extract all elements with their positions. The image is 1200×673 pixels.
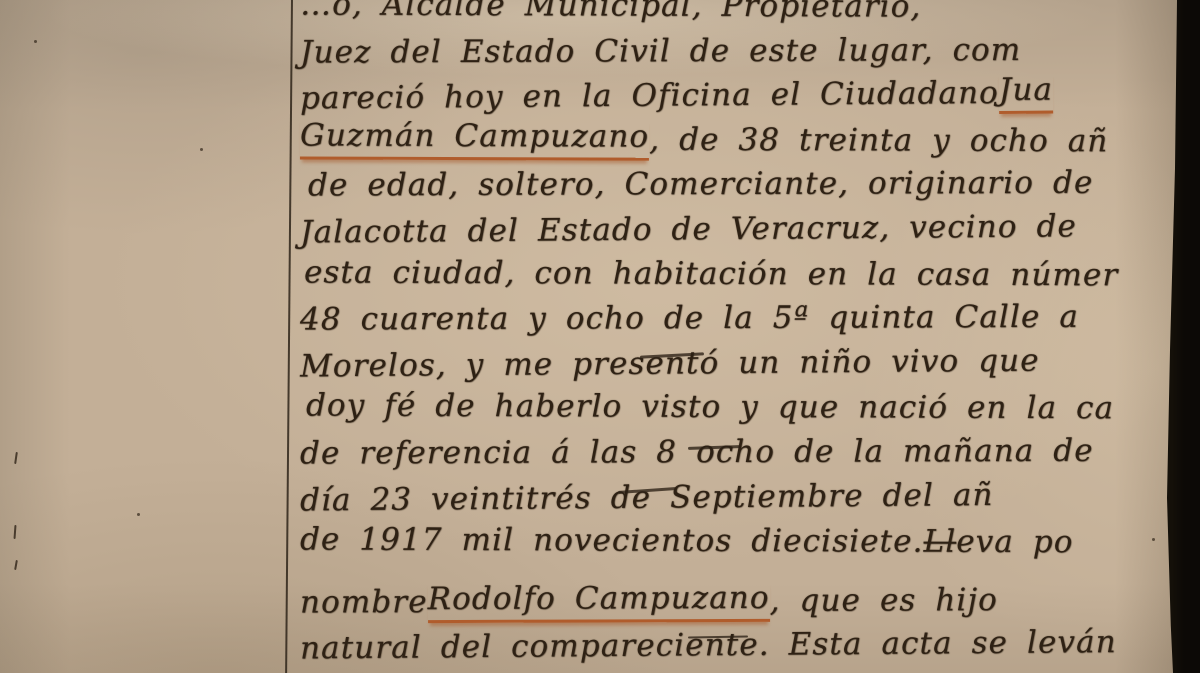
- manuscript-line: natural del compareciente. Esta acta se …: [300, 620, 1180, 672]
- manuscript-text: doy fé de haberlo visto y que nació en l…: [306, 388, 1114, 427]
- ink-speck: [1152, 538, 1155, 541]
- manuscript-line: nombre Rodolfo Campuzano, que es hijo: [300, 577, 1180, 625]
- manuscript-text: 48 cuarenta y ocho de la 5ª quinta Calle…: [300, 299, 1079, 338]
- manuscript-text: pareció hoy en la Oficina el Ciudadano: [300, 75, 999, 116]
- manuscript-line: Jalacotta del Estado de Veracruz, vecino…: [300, 204, 1180, 256]
- manuscript-text: Juez del Estado Civil de este lugar, com: [300, 32, 1021, 71]
- struck-word: Ll: [923, 524, 956, 560]
- manuscript-line: Morelos, y me presentó un niño vivo que: [300, 337, 1180, 389]
- manuscript-text: de 1917 mil novecientos diecisiete.: [300, 522, 924, 560]
- manuscript-text: , de 38 treinta y ocho añ: [649, 122, 1108, 160]
- manuscript-text: día 23 veintitrés de Septiembre del añ: [300, 477, 994, 518]
- manuscript-text: nombre: [300, 584, 428, 620]
- manuscript-text: de edad, soltero, Comerciante, originari…: [308, 165, 1093, 204]
- manuscript-line: Guzmán Campuzano, de 38 treinta y ocho a…: [300, 116, 1180, 164]
- manuscript-line: de edad, soltero, Comerciante, originari…: [300, 161, 1180, 209]
- manuscript-text: esta ciudad, con habitación en la casa n…: [304, 254, 1118, 293]
- manuscript-text: Morelos, y me presentó un niño vivo que: [300, 343, 1040, 385]
- ink-speck: [34, 40, 37, 43]
- manuscript-line: de referencia á las 8 ocho de la mañana …: [300, 428, 1180, 476]
- ink-speck: [200, 148, 203, 151]
- manuscript-line: de 1917 mil novecientos diecisiete. Llev…: [300, 518, 1180, 566]
- underlined-name: Jua: [999, 72, 1054, 114]
- manuscript-text: …o, Alcalde Municipal, Propietario,: [300, 0, 922, 25]
- manuscript-lines: …o, Alcalde Municipal, Propietario,Juez …: [300, 0, 1180, 668]
- underlined-name: Guzmán Campuzano: [300, 118, 649, 161]
- manuscript-text: , que es hijo: [770, 582, 998, 619]
- manuscript-line: Juez del Estado Civil de este lugar, com: [300, 27, 1180, 75]
- manuscript-text: eva po: [956, 524, 1073, 560]
- manuscript-text: natural del compareciente. Esta acta se …: [300, 625, 1117, 667]
- ink-speck: [137, 513, 140, 516]
- manuscript-line: esta ciudad, con habitación en la casa n…: [300, 250, 1180, 298]
- manuscript-text: de referencia á las 8 ocho de la mañana …: [300, 433, 1094, 472]
- underlined-name: Rodolfo Campuzano: [428, 580, 770, 623]
- manuscript-line: día 23 veintitrés de Septiembre del añ: [300, 471, 1180, 523]
- manuscript-text: Jalacotta del Estado de Veracruz, vecino…: [300, 209, 1077, 251]
- manuscript-line: …o, Alcalde Municipal, Propietario,: [300, 0, 1180, 30]
- manuscript-photo: …o, Alcalde Municipal, Propietario,Juez …: [0, 0, 1200, 673]
- manuscript-line: pareció hoy en la Oficina el Ciudadano J…: [300, 70, 1180, 122]
- manuscript-line: doy fé de haberlo visto y que nació en l…: [300, 384, 1180, 432]
- manuscript-line: 48 cuarenta y ocho de la 5ª quinta Calle…: [300, 295, 1180, 343]
